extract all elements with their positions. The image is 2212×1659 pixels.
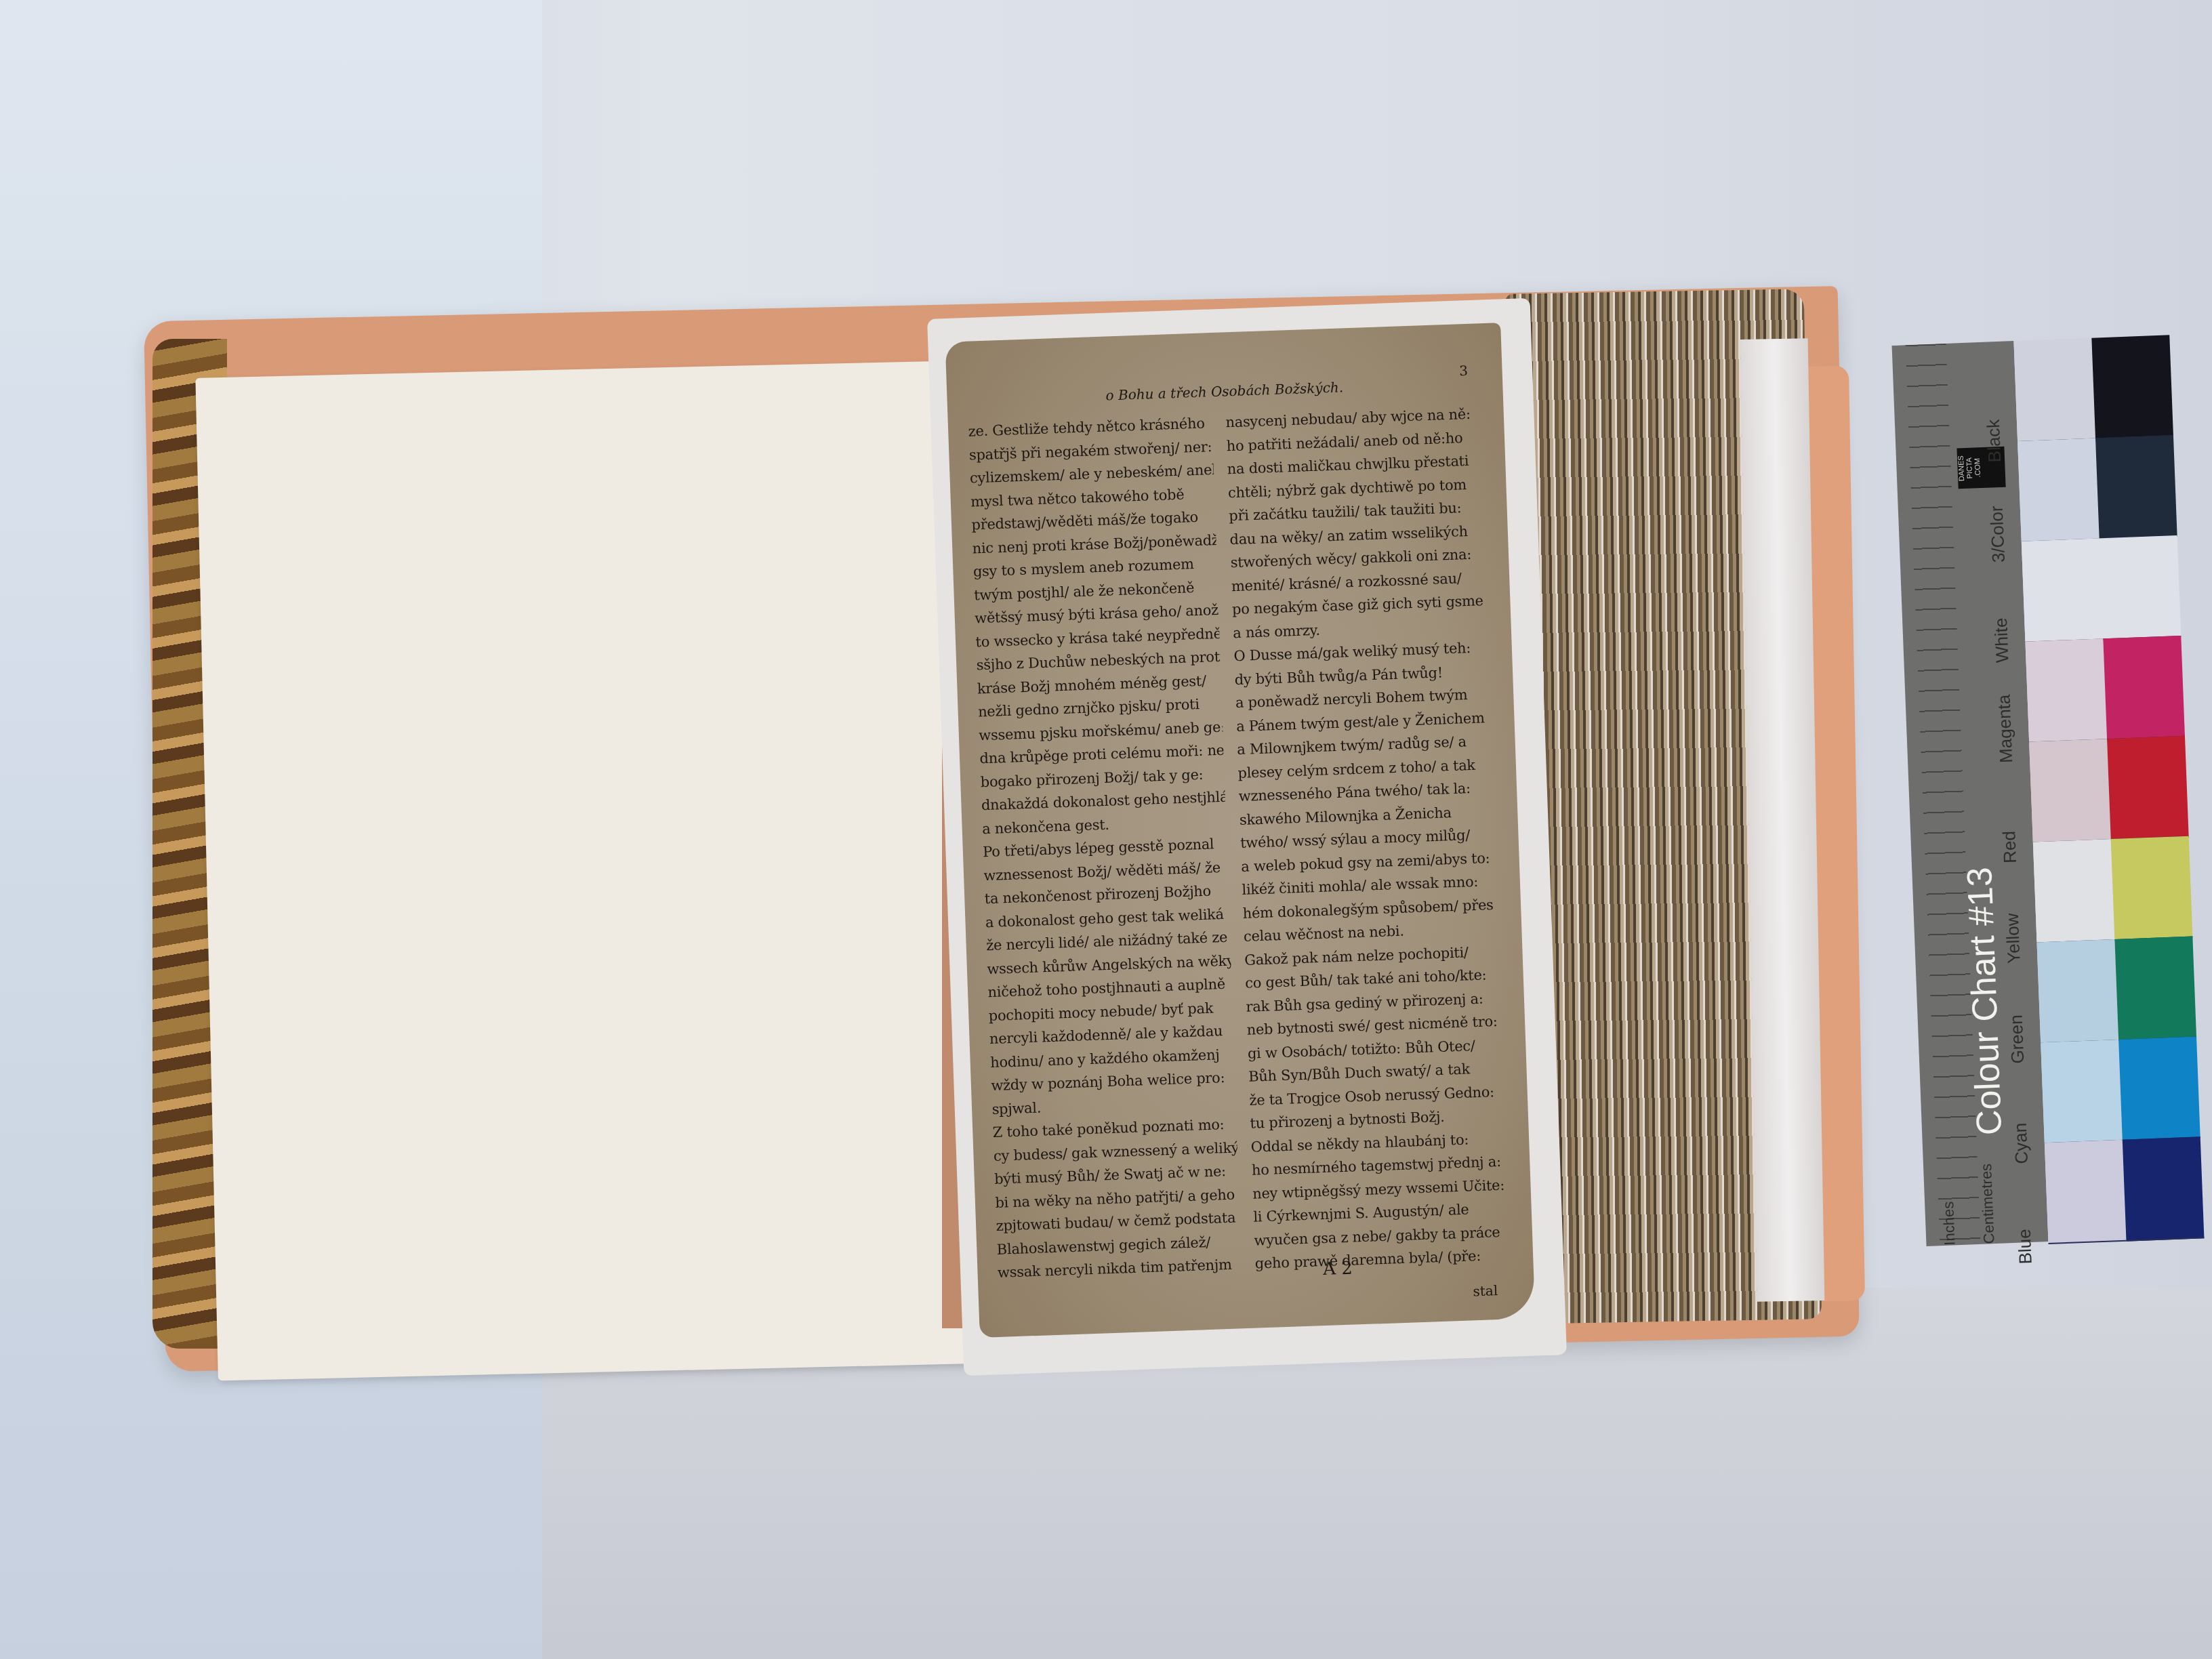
swatch-blue-light	[2045, 1140, 2127, 1244]
swatch-red-dark	[2107, 736, 2189, 840]
swatch-green-dark	[2114, 937, 2196, 1041]
swatch-blue-dark	[2123, 1136, 2205, 1241]
patch-label: White	[1990, 617, 2013, 663]
patch-label: Magenta	[1993, 694, 2017, 763]
printed-text: 3 o Bohu a třech Osobách Božských. ze. G…	[966, 371, 1513, 1310]
patch-label: Black	[1983, 419, 2005, 463]
swatch-black-dark	[2091, 335, 2173, 439]
swatch-cyan-light	[2041, 1040, 2123, 1144]
swatch-3-color-light	[2018, 438, 2100, 543]
text-column-left: ze. Gestliže tehdy nětco krásnéhospatřjš…	[968, 411, 1242, 1284]
signature-mark: A 2	[1323, 1257, 1353, 1282]
text-column-right: nasycenj nebudau/ aby wjce na ně:ho patř…	[1225, 402, 1519, 1275]
swatch-cyan-dark	[2118, 1036, 2200, 1141]
centimetres-label: Centimetres	[1978, 1163, 1999, 1244]
swatch-white-light	[2022, 535, 2182, 643]
catchword: stal	[1473, 1279, 1498, 1303]
swatch-magenta-light	[2025, 638, 2107, 743]
patch-label: 3/Color	[1986, 506, 2009, 563]
swatch-red-light	[2029, 739, 2111, 843]
patch-label: Cyan	[2010, 1122, 2032, 1164]
patch-label: Green	[2006, 1015, 2029, 1064]
inches-label: Inches	[1940, 1201, 1959, 1246]
swatch-green-light	[2036, 939, 2118, 1044]
swatch-3-color-dark	[2095, 435, 2177, 539]
patch-label: Yellow	[2002, 913, 2025, 964]
patch-label: Blue	[2014, 1229, 2036, 1265]
swatch-black-light	[2013, 338, 2095, 443]
blank-left-page	[195, 361, 970, 1381]
swatch-yellow-light	[2033, 839, 2115, 943]
swatch-yellow-dark	[2111, 836, 2193, 941]
colour-chart: DANES PICTA .COM Colour Chart #13 Inches…	[1891, 308, 2211, 1267]
patch-label: Red	[1999, 831, 2021, 864]
swatch-magenta-dark	[2103, 636, 2185, 740]
